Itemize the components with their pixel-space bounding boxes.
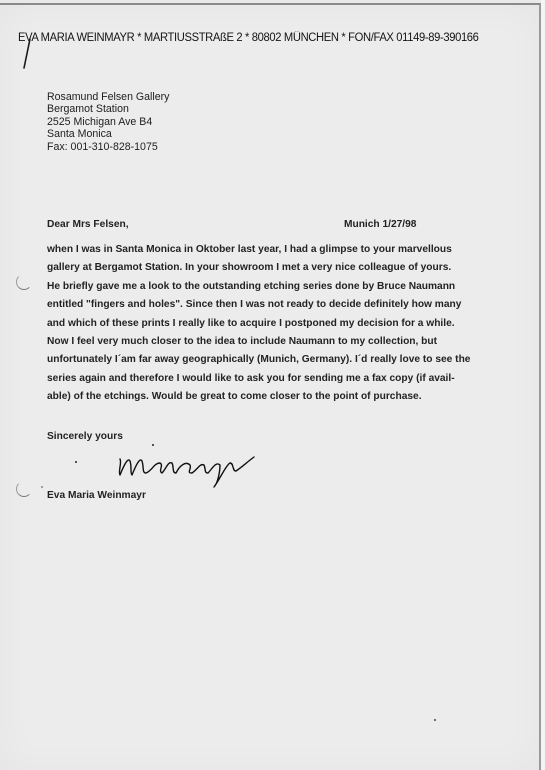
body-line: able) of the etchings. Would be great to… xyxy=(47,388,527,406)
closing: Sincerely yours xyxy=(47,431,123,442)
body-line: series again and therefore I would like … xyxy=(47,370,527,388)
punch-hole-icon xyxy=(16,481,32,497)
letterhead: EVA MARIA WEINMAYR * MARTIUSSTRAßE 2 * 8… xyxy=(18,32,479,45)
body-line: Now I feel very much closer to the idea … xyxy=(47,333,527,351)
letter-date: Munich 1/27/98 xyxy=(344,219,416,230)
recipient-line: Santa Monica xyxy=(47,128,169,140)
recipient-line: Fax: 001-310-828-1075 xyxy=(47,141,169,153)
paper-speck xyxy=(41,486,43,488)
paper-speck xyxy=(434,719,436,721)
pen-mark-icon xyxy=(22,38,32,70)
recipient-address: Rosamund Felsen Gallery Bergamot Station… xyxy=(47,91,169,153)
salutation: Dear Mrs Felsen, xyxy=(47,219,129,230)
punch-hole-icon xyxy=(16,274,32,290)
body-line: entitled "fingers and holes". Since then… xyxy=(47,296,527,314)
signer-name: Eva Maria Weinmayr xyxy=(47,490,146,501)
recipient-line: Rosamund Felsen Gallery xyxy=(47,91,169,103)
body-line: He briefly gave me a look to the outstan… xyxy=(47,278,527,296)
body-line: unfortunately I´am far away geographical… xyxy=(47,351,527,369)
recipient-line: Bergamot Station xyxy=(47,103,169,115)
letter-body: when I was in Santa Monica in Oktober la… xyxy=(47,241,527,407)
body-line: when I was in Santa Monica in Oktober la… xyxy=(47,241,527,259)
body-line: gallery at Bergamot Station. In your sho… xyxy=(47,259,527,277)
recipient-line: 2525 Michigan Ave B4 xyxy=(47,116,169,128)
signature-icon xyxy=(70,443,310,493)
page-edge xyxy=(541,0,545,770)
letter-page: EVA MARIA WEINMAYR * MARTIUSSTRAßE 2 * 8… xyxy=(0,3,541,770)
body-line: and which of these prints I really like … xyxy=(47,315,527,333)
